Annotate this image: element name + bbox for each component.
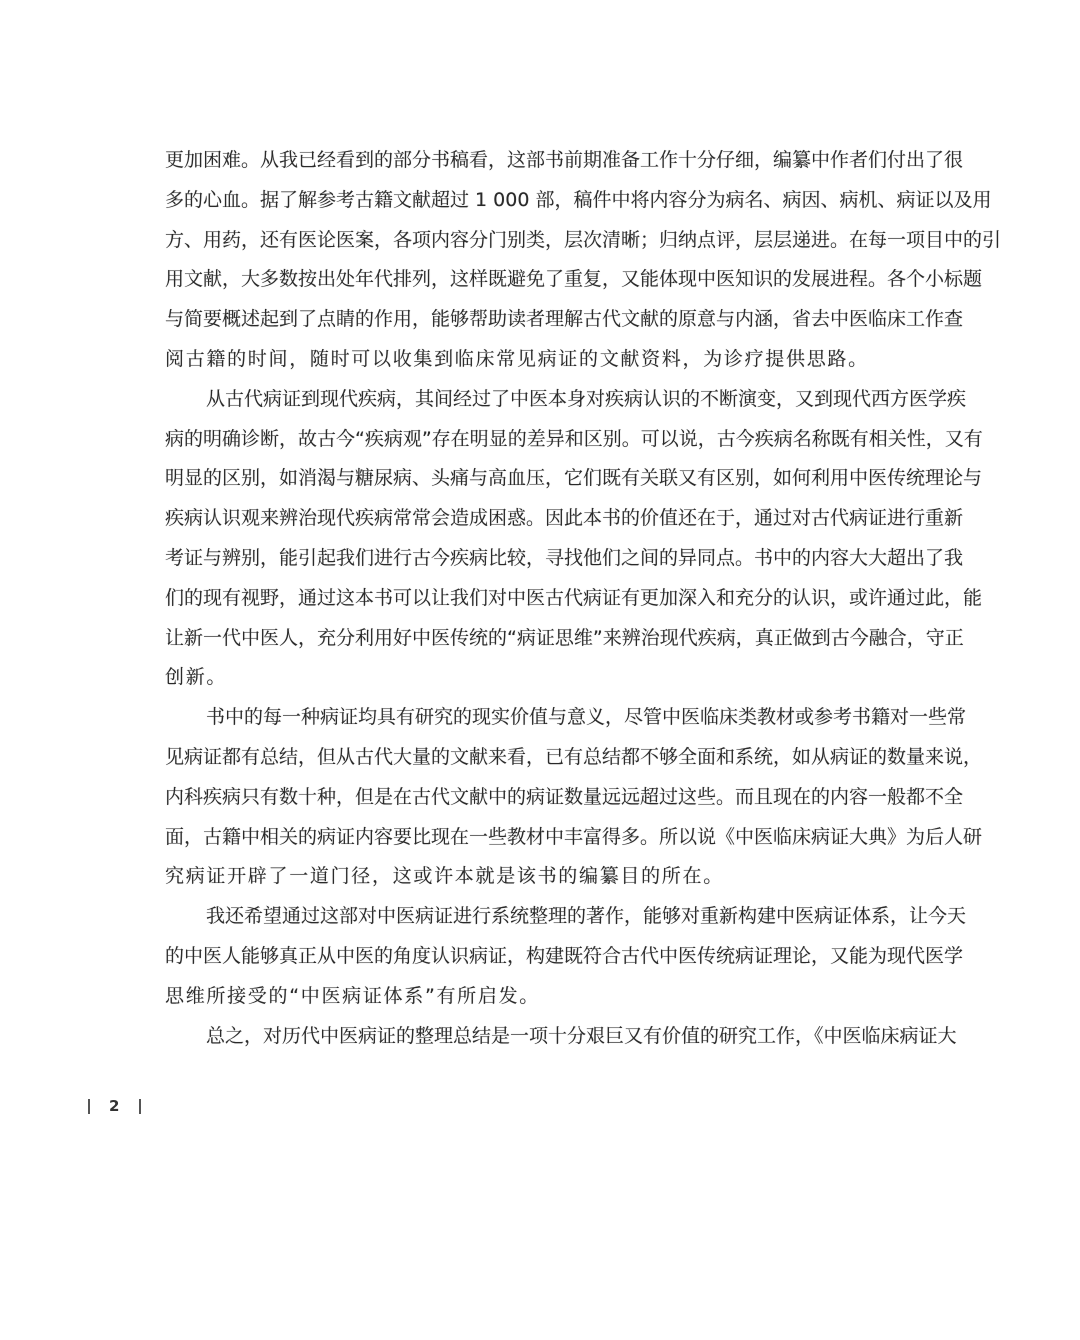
body-text: 更加困难。从我已经看到的部分书稿看，这部书前期准备工作十分仔细，编纂中作者们付出… xyxy=(165,141,913,1056)
text-line: 究病证开辟了一道门径，这或许本就是该书的编纂目的所在。 xyxy=(165,857,913,897)
text-line: 内科疾病只有数十种，但是在古代文献中的病证数量远远超过这些。而且现在的内容一般都… xyxy=(165,778,913,818)
text-line: 面，古籍中相关的病证内容要比现在一些教材中丰富得多。所以说《中医临床病证大典》为… xyxy=(165,818,913,858)
text-line: 病的明确诊断，故古今“疾病观”存在明显的差异和区别。可以说，古今疾病名称既有相关… xyxy=(165,420,913,460)
text-line: 多的心血。据了解参考古籍文献超过 1 000 部，稿件中将内容分为病名、病因、病… xyxy=(165,181,913,221)
page-number: 2 xyxy=(109,1097,119,1115)
text-line: 与简要概述起到了点睛的作用，能够帮助读者理解古代文献的原意与内涵，省去中医临床工… xyxy=(165,300,913,340)
text-line: 让新一代中医人，充分利用好中医传统的“病证思维”来辨治现代疾病，真正做到古今融合… xyxy=(165,619,913,659)
text-line: 们的现有视野，通过这本书可以让我们对中医古代病证有更加深入和充分的认识，或许通过… xyxy=(165,579,913,619)
text-line: 见病证都有总结，但从古代大量的文献来看，已有总结都不够全面和系统，如从病证的数量… xyxy=(165,738,913,778)
text-line: 考证与辨别，能引起我们进行古今疾病比较，寻找他们之间的异同点。书中的内容大大超出… xyxy=(165,539,913,579)
text-line: 更加困难。从我已经看到的部分书稿看，这部书前期准备工作十分仔细，编纂中作者们付出… xyxy=(165,141,913,181)
text-line: 明显的区别，如消渴与糖尿病、头痛与高血压，它们既有关联又有区别，如何利用中医传统… xyxy=(165,459,913,499)
page-number-right-bar xyxy=(139,1099,141,1114)
text-line: 从古代病证到现代疾病，其间经过了中医本身对疾病认识的不断演变，又到现代西方医学疾 xyxy=(165,380,913,420)
text-line: 思维所接受的“中医病证体系”有所启发。 xyxy=(165,977,913,1017)
text-line: 书中的每一种病证均具有研究的现实价值与意义，尽管中医临床类教材或参考书籍对一些常 xyxy=(165,698,913,738)
text-line: 我还希望通过这部对中医病证进行系统整理的著作，能够对重新构建中医病证体系，让今天 xyxy=(165,897,913,937)
text-line: 用文献，大多数按出处年代排列，这样既避免了重复，又能体现中医知识的发展进程。各个… xyxy=(165,260,913,300)
document-page: 更加困难。从我已经看到的部分书稿看，这部书前期准备工作十分仔细，编纂中作者们付出… xyxy=(0,0,1080,1340)
text-line: 创新。 xyxy=(165,658,913,698)
page-footer: 2 xyxy=(88,1092,141,1120)
text-line: 方、用药，还有医论医案，各项内容分门别类，层次清晰；归纳点评，层层递进。在每一项… xyxy=(165,221,913,261)
text-line: 总之，对历代中医病证的整理总结是一项十分艰巨又有价值的研究工作，《中医临床病证大 xyxy=(165,1017,913,1057)
text-line: 疾病认识观来辨治现代疾病常常会造成困惑。因此本书的价值还在于，通过对古代病证进行… xyxy=(165,499,913,539)
page-number-left-bar xyxy=(88,1099,90,1114)
text-line: 的中医人能够真正从中医的角度认识病证，构建既符合古代中医传统病证理论，又能为现代… xyxy=(165,937,913,977)
text-line: 阅古籍的时间，随时可以收集到临床常见病证的文献资料，为诊疗提供思路。 xyxy=(165,340,913,380)
